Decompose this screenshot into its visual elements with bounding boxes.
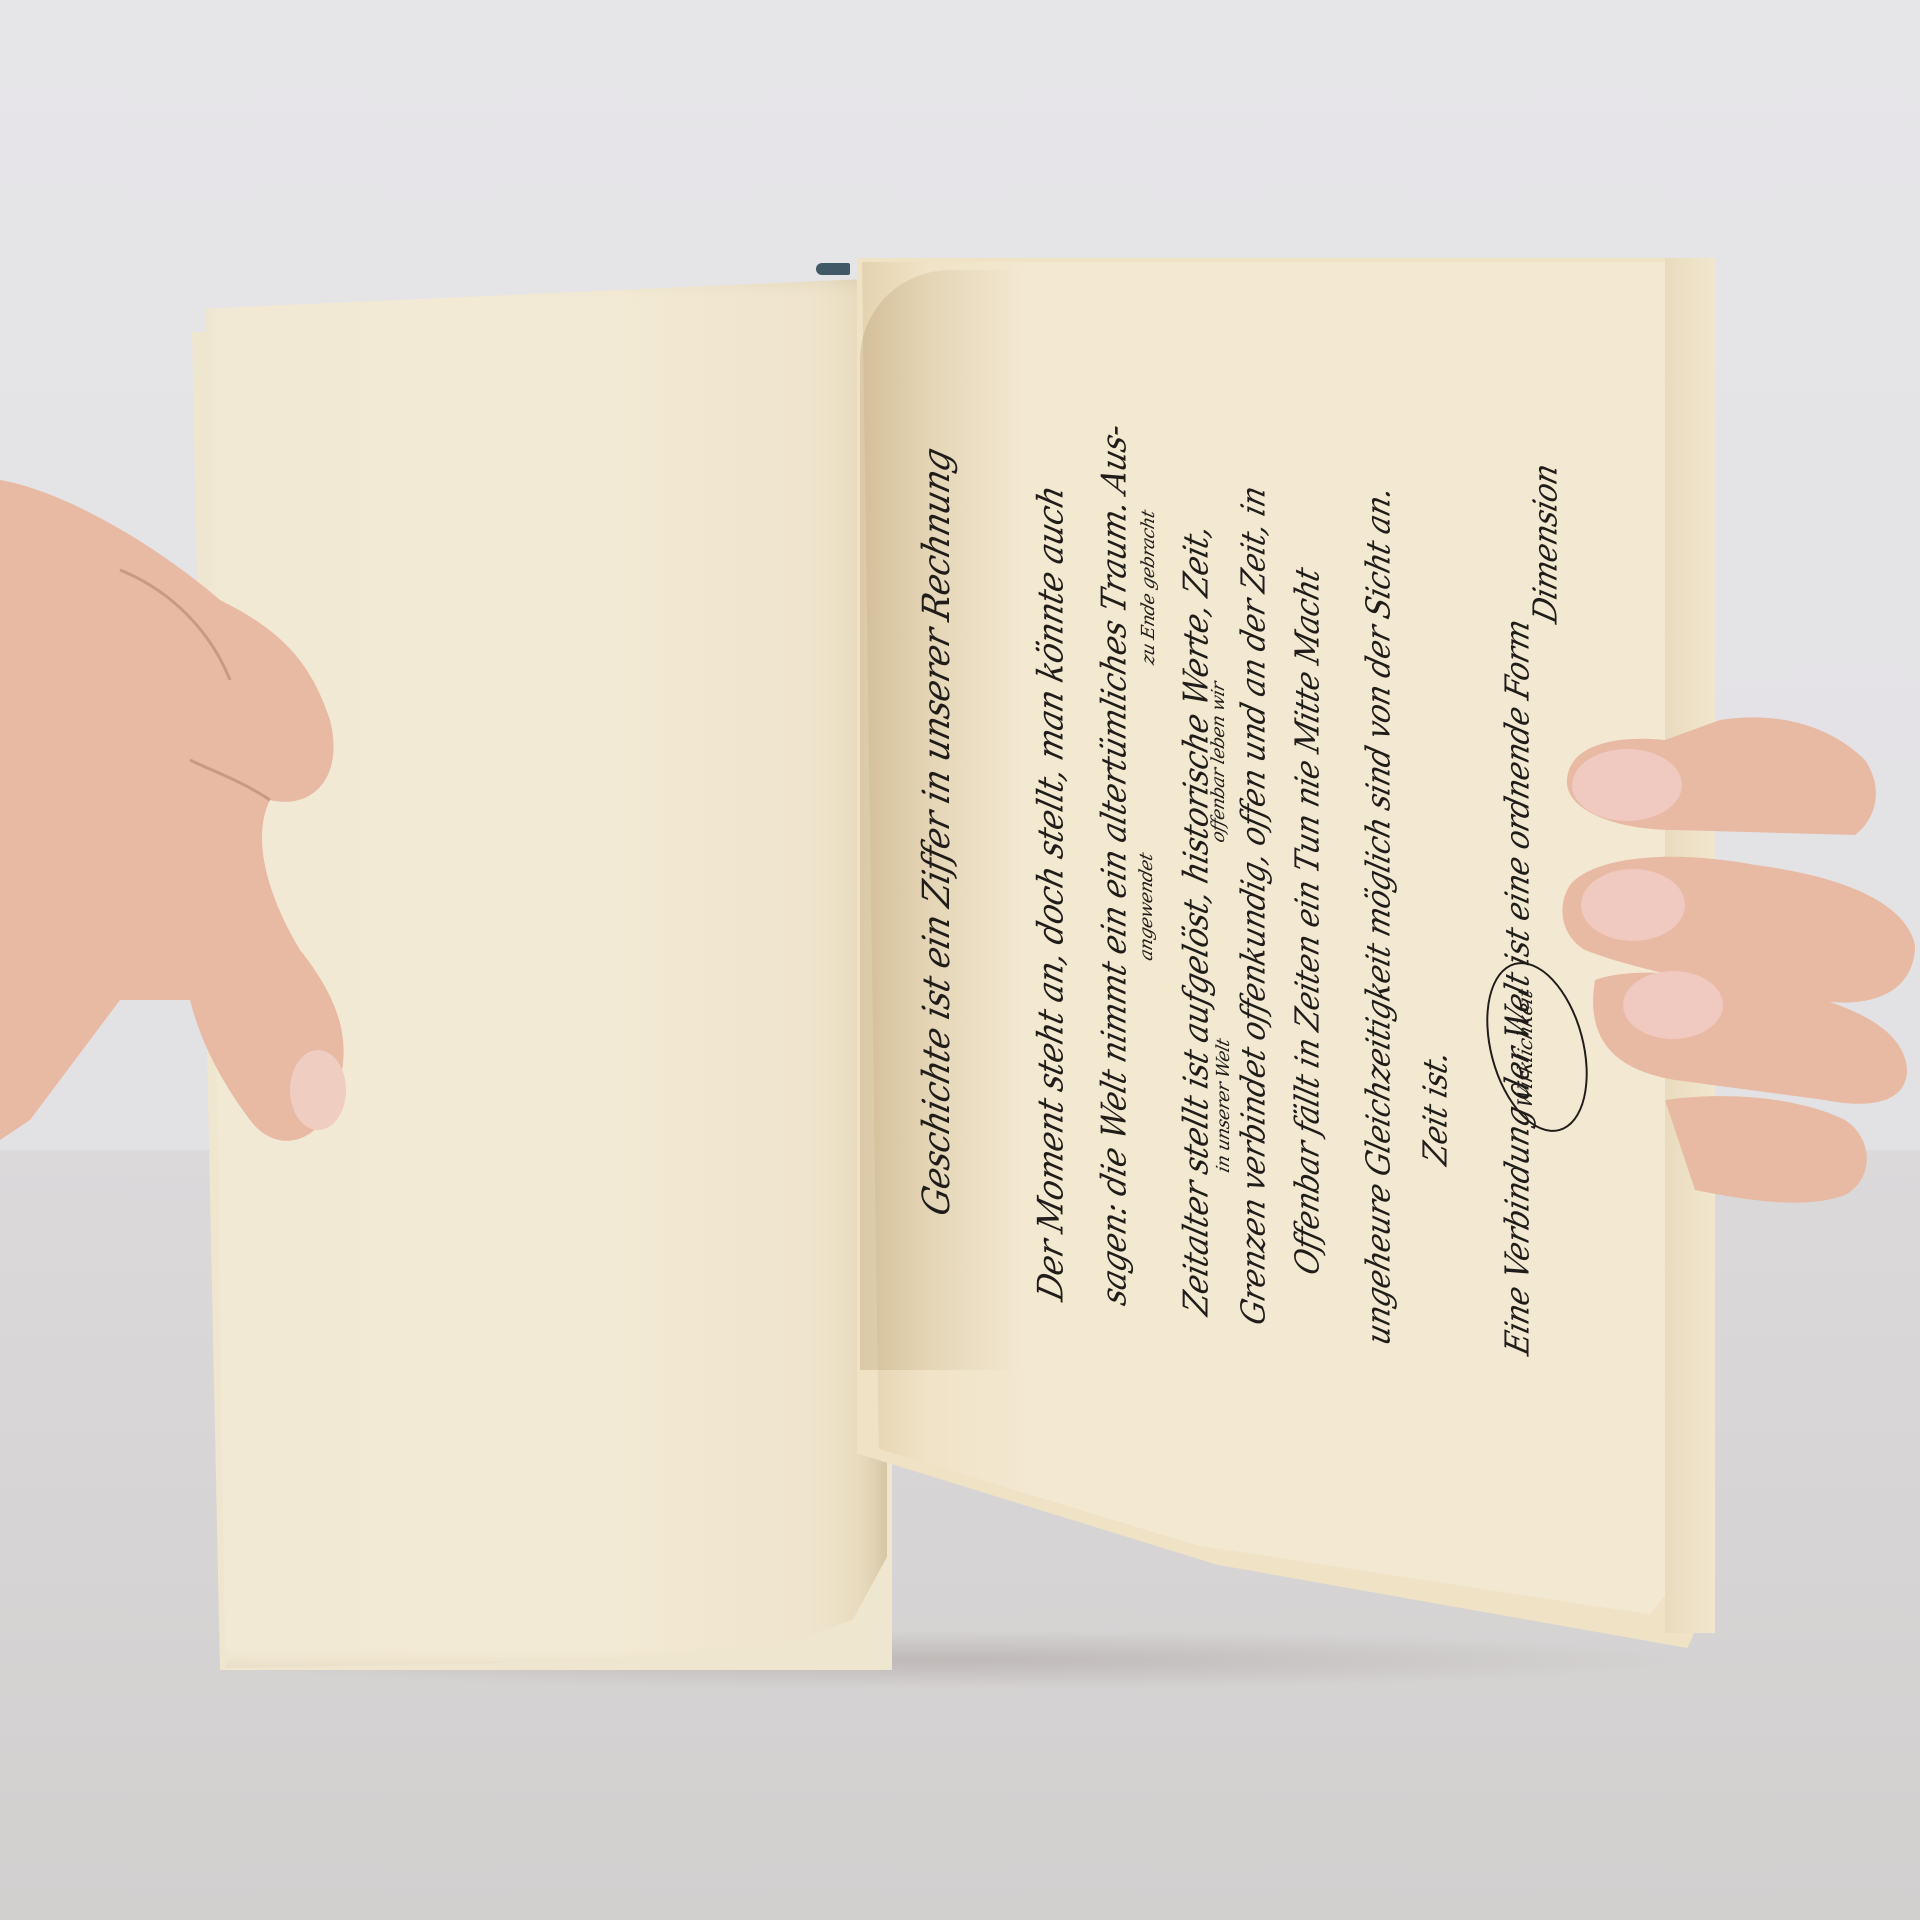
right-hand [1555, 700, 1920, 1400]
left-hand [0, 480, 360, 1280]
manuscript-line: Der Moment steht an, doch stellt, man kö… [1033, 482, 1068, 1304]
manuscript-insertion: angewendet [1138, 851, 1156, 962]
manuscript-line: Dimension [1530, 461, 1563, 626]
manuscript-line: sagen: die Welt nimmt ein ein altertümli… [1098, 421, 1132, 1308]
manuscript-line: Zeit ist. [1420, 1048, 1453, 1168]
circled-word: Wirklichkeit [1515, 987, 1535, 1110]
manuscript-line: Offenbar fällt in Zeiten ein Tun nie Mit… [1292, 565, 1325, 1278]
manuscript-line: ungeheure Gleichzeitigkeit möglich sind … [1363, 484, 1396, 1348]
manuscript-line: Zeitalter stellt ist aufgelöst, historis… [1180, 522, 1214, 1319]
manuscript-line: Geschichte ist ein Ziffer in unserer Rec… [918, 445, 955, 1220]
manuscript-insertion: offenbar leben wir [1210, 680, 1228, 844]
manuscript-insertion: in unserer Welt [1215, 1037, 1233, 1174]
manuscript-insertion: zu Ende gebracht [1140, 509, 1158, 667]
manuscript-line: Grenzen verbindet offenkundig, offen und… [1238, 483, 1271, 1328]
